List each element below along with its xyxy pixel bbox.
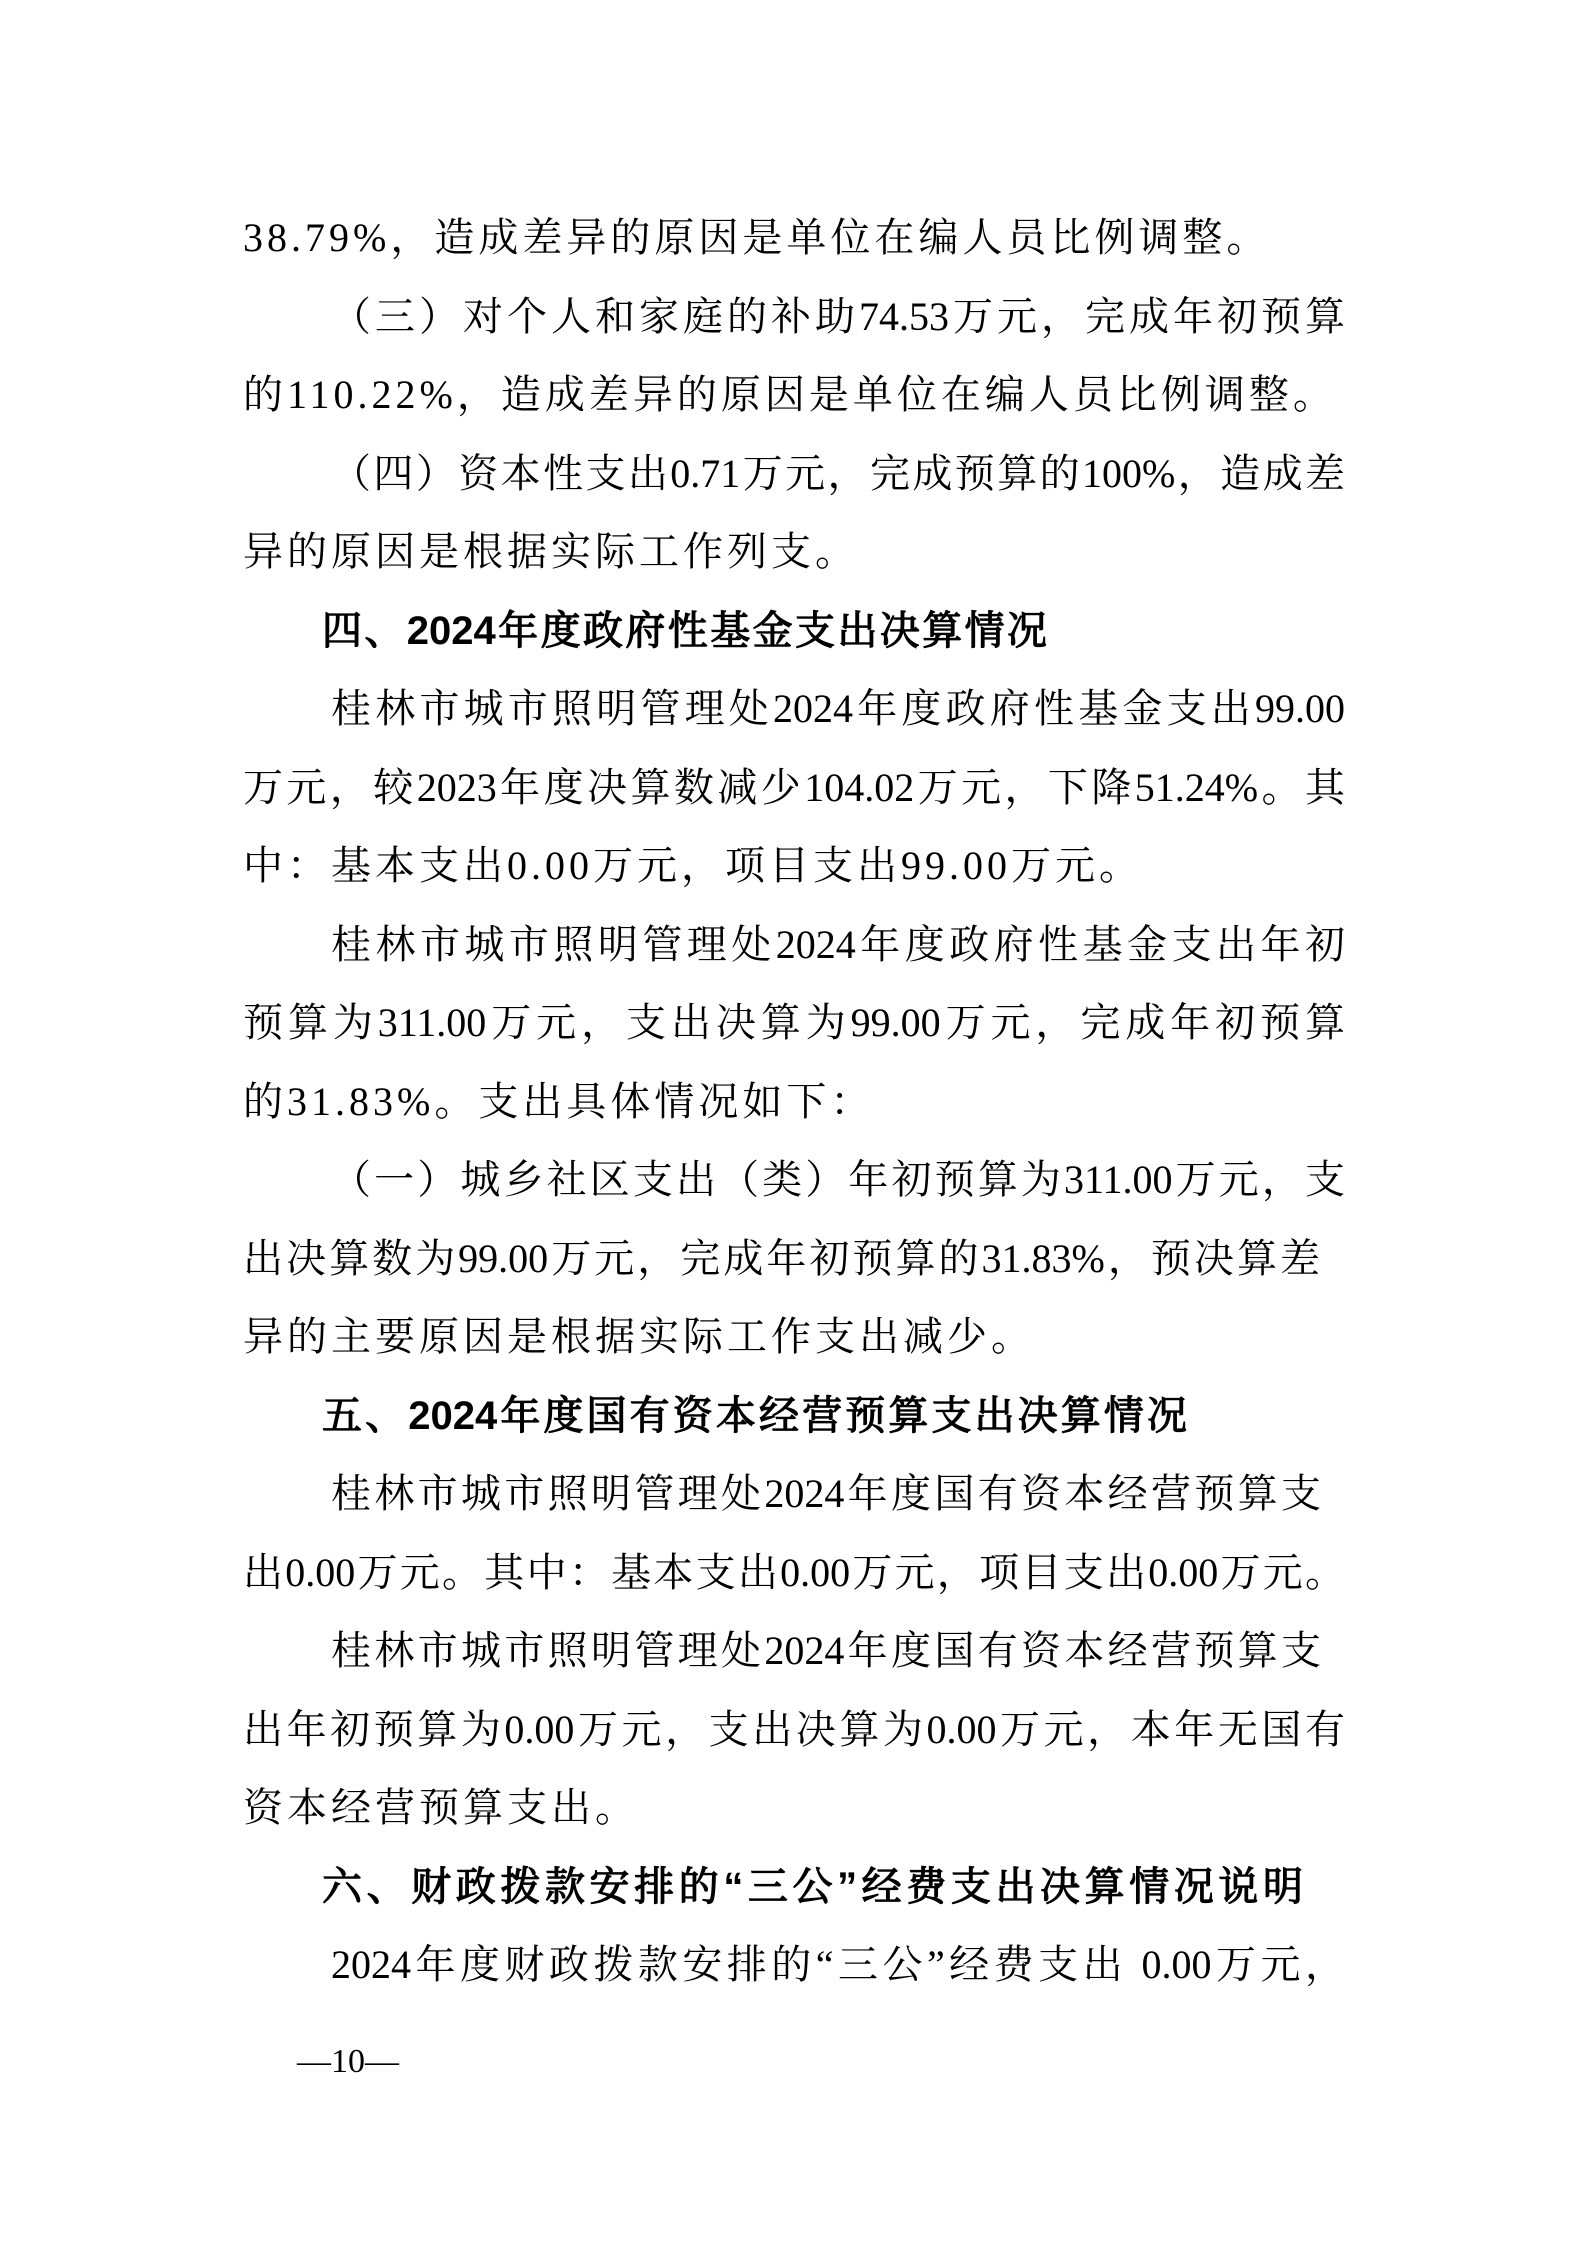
body-line: （一）城乡社区支出（类）年初预算为311.00万元，支 <box>331 1150 1345 1210</box>
body-line: 的31.83%。支出具体情况如下： <box>243 1072 1345 1132</box>
body-line: （四）资本性支出0.71万元，完成预算的100%，造成差 <box>331 444 1345 504</box>
body-line: 38.79%，造成差异的原因是单位在编人员比例调整。 <box>243 208 1345 268</box>
document-page: 38.79%，造成差异的原因是单位在编人员比例调整。 （三）对个人和家庭的补助7… <box>0 0 1587 2245</box>
body-line: 万元，较2023年度决算数减少104.02万元，下降51.24%。其 <box>243 758 1345 818</box>
body-line: 出年初预算为0.00万元，支出决算为0.00万元，本年无国有 <box>243 1700 1345 1760</box>
body-line: 桂林市城市照明管理处2024年度政府性基金支出年初 <box>331 915 1345 975</box>
body-line: 出决算数为99.00万元，完成年初预算的31.83%，预决算差 <box>243 1229 1320 1289</box>
body-line: （三）对个人和家庭的补助74.53万元，完成年初预算 <box>331 287 1345 347</box>
page-number: —10— <box>297 2042 399 2082</box>
section-heading-6: 六、财政拨款安排的“三公”经费支出决算情况说明 <box>322 1857 1303 1917</box>
body-line: 桂林市城市照明管理处2024年度国有资本经营预算支 <box>331 1464 1321 1524</box>
body-line: 异的主要原因是根据实际工作支出减少。 <box>243 1307 1345 1367</box>
body-line: 桂林市城市照明管理处2024年度政府性基金支出99.00 <box>331 679 1345 739</box>
body-line: 桂林市城市照明管理处2024年度国有资本经营预算支 <box>331 1621 1321 1681</box>
body-line: 异的原因是根据实际工作列支。 <box>243 522 1345 582</box>
body-line: 中：基本支出0.00万元，项目支出99.00万元。 <box>243 836 1345 896</box>
body-line: 资本经营预算支出。 <box>243 1778 1345 1838</box>
body-line: 出0.00万元。其中：基本支出0.00万元，项目支出0.00万元。 <box>243 1543 1345 1603</box>
section-heading-4: 四、2024年度政府性基金支出决算情况 <box>322 601 1047 661</box>
body-line: 预算为311.00万元，支出决算为99.00万元，完成年初预算 <box>243 993 1345 1053</box>
body-line: 的110.22%，造成差异的原因是单位在编人员比例调整。 <box>243 365 1345 425</box>
body-line: 2024年度财政拨款安排的“三公”经费支出 0.00万元， <box>331 1935 1345 1995</box>
section-heading-5: 五、2024年度国有资本经营预算支出决算情况 <box>322 1386 1187 1446</box>
